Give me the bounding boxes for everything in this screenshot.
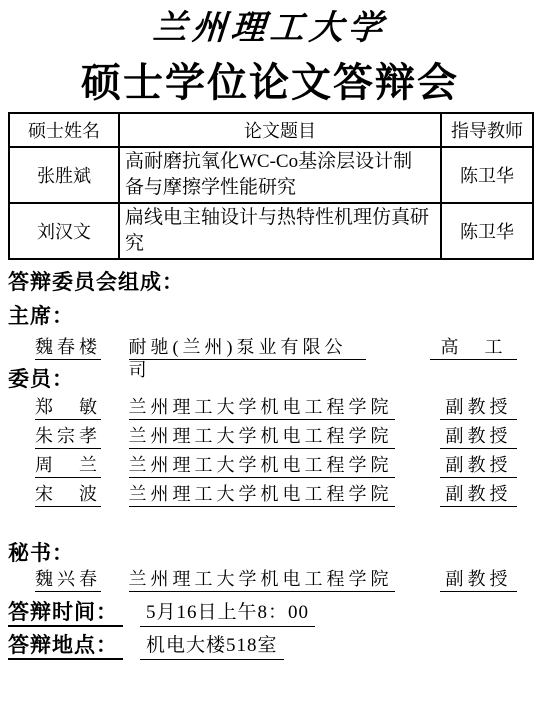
secretary-affiliation: 兰州理工大学机电工程学院	[129, 568, 395, 592]
thesis-title-cell: 高耐磨抗氧化WC-Co基涂层设计制备与摩擦学性能研究	[119, 147, 441, 203]
university-logo: 兰州理工大学	[0, 6, 540, 52]
member-row: 周 兰 兰州理工大学机电工程学院 副教授	[35, 454, 517, 478]
secretary-row: 魏兴春 兰州理工大学机电工程学院 副教授	[35, 568, 517, 592]
defense-table: 硕士姓名 论文题目 指导教师 张胜斌 高耐磨抗氧化WC-Co基涂层设计制备与摩擦…	[8, 112, 534, 260]
table-header-row: 硕士姓名 论文题目 指导教师	[9, 113, 533, 147]
member-affiliation: 兰州理工大学机电工程学院	[129, 425, 395, 449]
defense-location-value: 机电大楼518室	[140, 632, 284, 660]
secretary-label: 秘书：	[8, 541, 74, 565]
table-row: 刘汉文 扁线电主轴设计与热特性机理仿真研究 陈卫华	[9, 203, 533, 259]
chair-row: 魏春楼 耐驰(兰州)泵业有限公司 高 工	[35, 336, 517, 360]
secretary-job-title: 副教授	[440, 568, 517, 592]
chair-affiliation: 耐驰(兰州)泵业有限公司	[129, 336, 366, 360]
member-name: 周 兰	[35, 454, 101, 478]
member-job-title: 副教授	[440, 454, 517, 478]
thesis-title-cell: 扁线电主轴设计与热特性机理仿真研究	[119, 203, 441, 259]
member-name: 朱宗孝	[35, 425, 101, 449]
header-student-name: 硕士姓名	[9, 113, 119, 147]
header-advisor: 指导教师	[441, 113, 533, 147]
defense-announcement-page: 兰州理工大学 硕士学位论文答辩会 硕士姓名 论文题目 指导教师 张胜斌 高耐磨抗…	[0, 0, 540, 706]
member-job-title: 副教授	[440, 425, 517, 449]
member-name: 宋 波	[35, 483, 101, 507]
committee-heading: 答辩委员会组成：	[8, 270, 184, 294]
page-title: 硕士学位论文答辩会	[0, 58, 540, 108]
defense-time-label: 答辩时间：	[8, 599, 123, 627]
defense-time-value: 5月16日上午8：00	[140, 599, 315, 627]
chair-job-title: 高 工	[430, 336, 517, 360]
member-job-title: 副教授	[440, 396, 517, 420]
member-job-title: 副教授	[440, 483, 517, 507]
student-name-cell: 刘汉文	[9, 203, 119, 259]
defense-time-line: 答辩时间： 5月16日上午8：00	[8, 599, 315, 627]
chair-name: 魏春楼	[35, 336, 101, 360]
member-affiliation: 兰州理工大学机电工程学院	[129, 483, 395, 507]
members-label: 委员：	[8, 367, 74, 391]
advisor-cell: 陈卫华	[441, 147, 533, 203]
header-thesis-title: 论文题目	[119, 113, 441, 147]
defense-location-label: 答辩地点：	[8, 632, 123, 660]
student-name-cell: 张胜斌	[9, 147, 119, 203]
member-row: 朱宗孝 兰州理工大学机电工程学院 副教授	[35, 425, 517, 449]
member-affiliation: 兰州理工大学机电工程学院	[129, 454, 395, 478]
member-row: 宋 波 兰州理工大学机电工程学院 副教授	[35, 483, 517, 507]
defense-location-line: 答辩地点： 机电大楼518室	[8, 632, 284, 660]
table-row: 张胜斌 高耐磨抗氧化WC-Co基涂层设计制备与摩擦学性能研究 陈卫华	[9, 147, 533, 203]
chair-label: 主席：	[8, 304, 74, 328]
secretary-name: 魏兴春	[35, 568, 101, 592]
member-name: 郑 敏	[35, 396, 101, 420]
member-row: 郑 敏 兰州理工大学机电工程学院 副教授	[35, 396, 517, 420]
member-affiliation: 兰州理工大学机电工程学院	[129, 396, 395, 420]
advisor-cell: 陈卫华	[441, 203, 533, 259]
